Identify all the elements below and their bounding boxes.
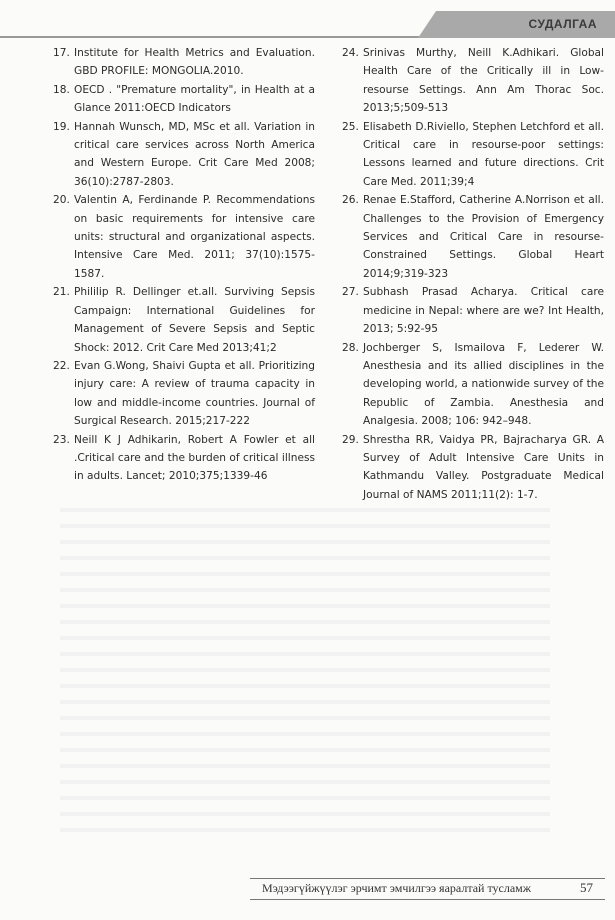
reference-text: Srinivas Murthy, Neill K.Adhikari. Globa… (360, 44, 604, 118)
reference-number: 28. (342, 339, 360, 431)
references-left-column: 17.Institute for Health Metrics and Eval… (53, 44, 315, 486)
reference-text: Neill K J Adhikarin, Robert A Fowler et … (71, 431, 315, 486)
reference-item: 26.Renae E.Stafford, Catherine A.Norriso… (342, 191, 604, 283)
reference-item: 25.Elisabeth D.Riviello, Stephen Letchfo… (342, 118, 604, 192)
reference-item: 22.Evan G.Wong, Shaivi Gupta et all. Pri… (53, 357, 315, 431)
reference-item: 27.Subhash Prasad Acharya. Critical care… (342, 283, 604, 338)
bleed-through-text (60, 500, 550, 840)
reference-number: 20. (53, 191, 71, 283)
reference-number: 23. (53, 431, 71, 486)
references-right-column: 24.Srinivas Murthy, Neill K.Adhikari. Gl… (342, 44, 604, 504)
reference-text: Elisabeth D.Riviello, Stephen Letchford … (360, 118, 604, 192)
reference-number: 18. (53, 81, 71, 118)
reference-text: Institute for Health Metrics and Evaluat… (71, 44, 315, 81)
reference-item: 28.Jochberger S, Ismailova F, Lederer W.… (342, 339, 604, 431)
reference-number: 22. (53, 357, 71, 431)
page-footer: Мэдээгүйжүүлэг эрчимт эмчилгээ яаралтай … (250, 878, 605, 900)
reference-text: Evan G.Wong, Shaivi Gupta et all. Priori… (71, 357, 315, 431)
reference-number: 17. (53, 44, 71, 81)
reference-number: 24. (342, 44, 360, 118)
reference-text: Jochberger S, Ismailova F, Lederer W. An… (360, 339, 604, 431)
reference-item: 29.Shrestha RR, Vaidya PR, Bajracharya G… (342, 431, 604, 505)
reference-text: Hannah Wunsch, MD, MSc et all. Variation… (71, 118, 315, 192)
reference-text: Renae E.Stafford, Catherine A.Norrison e… (360, 191, 604, 283)
section-label: СУДАЛГАА (528, 17, 597, 31)
reference-text: OECD . "Premature mortality", in Health … (71, 81, 315, 118)
reference-item: 19.Hannah Wunsch, MD, MSc et all. Variat… (53, 118, 315, 192)
reference-number: 26. (342, 191, 360, 283)
reference-item: 17.Institute for Health Metrics and Eval… (53, 44, 315, 81)
reference-item: 21.Phililip R. Dellinger et.all. Survivi… (53, 283, 315, 357)
header-rule (0, 36, 438, 38)
reference-item: 23.Neill K J Adhikarin, Robert A Fowler … (53, 431, 315, 486)
reference-item: 20.Valentin A, Ferdinande P. Recommendat… (53, 191, 315, 283)
section-header-band: СУДАЛГАА (418, 11, 615, 38)
reference-text: Phililip R. Dellinger et.all. Surviving … (71, 283, 315, 357)
reference-number: 27. (342, 283, 360, 338)
reference-item: 18.OECD . "Premature mortality", in Heal… (53, 81, 315, 118)
reference-number: 25. (342, 118, 360, 192)
reference-text: Valentin A, Ferdinande P. Recommendation… (71, 191, 315, 283)
reference-number: 29. (342, 431, 360, 505)
reference-text: Shrestha RR, Vaidya PR, Bajracharya GR. … (360, 431, 604, 505)
reference-text: Subhash Prasad Acharya. Critical care me… (360, 283, 604, 338)
reference-item: 24.Srinivas Murthy, Neill K.Adhikari. Gl… (342, 44, 604, 118)
reference-number: 21. (53, 283, 71, 357)
page-number: 57 (580, 880, 593, 896)
reference-number: 19. (53, 118, 71, 192)
journal-title: Мэдээгүйжүүлэг эрчимт эмчилгээ яаралтай … (262, 881, 531, 896)
